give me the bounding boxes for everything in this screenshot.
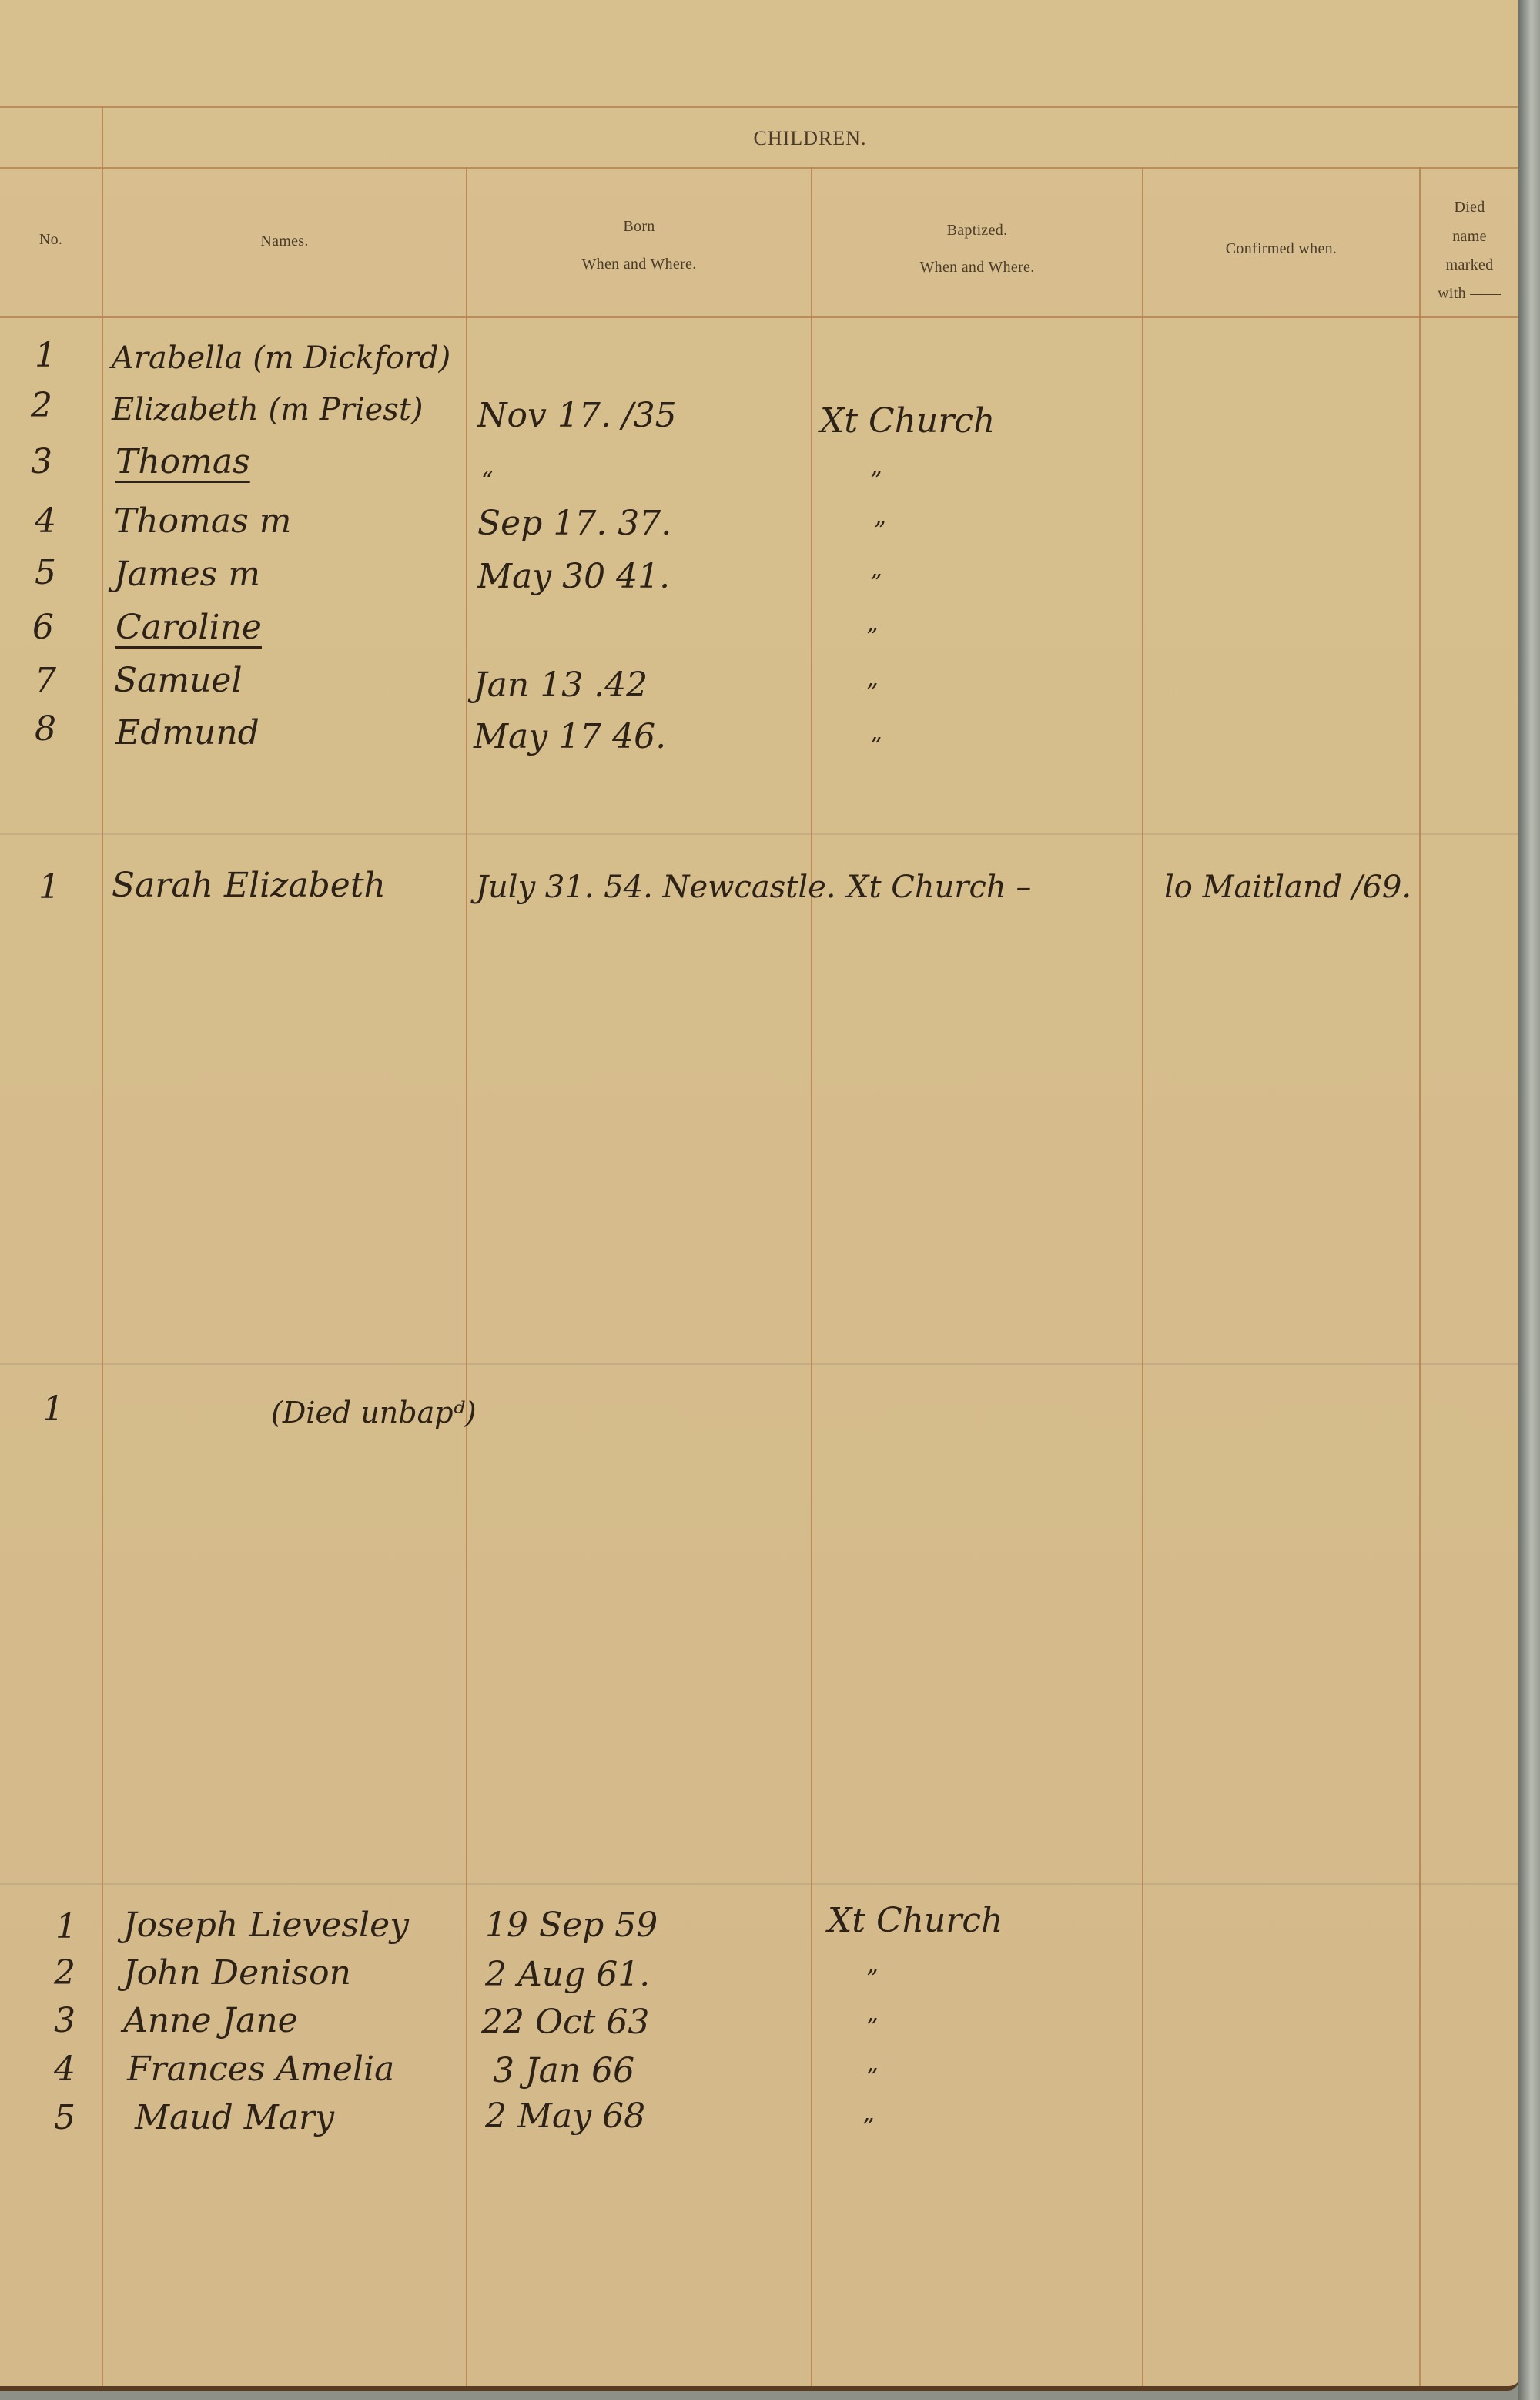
- header-title-rule: [0, 167, 1518, 169]
- column-divider-born: [811, 167, 812, 2386]
- entry-born: “: [481, 470, 493, 493]
- entry-born: May 30 41.: [477, 560, 670, 594]
- entry-baptized: ”: [866, 682, 878, 705]
- entry-born: Sep 17. 37.: [477, 507, 671, 541]
- entry-number: 1: [42, 1393, 64, 1426]
- group-separator-3: [0, 1883, 1518, 1885]
- entry-number: 3: [54, 2004, 75, 2038]
- entry-born: 3 Jan 66: [493, 2054, 634, 2088]
- entry-baptized: ”: [874, 520, 885, 543]
- entry-number: 8: [35, 712, 56, 746]
- section-title: CHILDREN.: [102, 127, 1518, 150]
- group-separator-1: [0, 833, 1518, 835]
- entry-number: 4: [54, 2053, 75, 2087]
- column-header-confirmed: Confirmed when.: [1143, 240, 1419, 258]
- entry-name: Frances Amelia: [127, 2053, 394, 2087]
- entry-baptized: ”: [866, 1968, 878, 1991]
- entry-name: Thomas: [115, 445, 250, 479]
- entry-name: Arabella (m Dickford): [112, 343, 450, 374]
- entry-name: Anne Jane: [123, 2004, 298, 2038]
- entry-number: 5: [54, 2101, 75, 2135]
- entry-baptized: ”: [870, 572, 882, 595]
- entry-born: July 31. 54. Newcastle.: [476, 872, 836, 903]
- entry-baptized: ”: [870, 470, 882, 493]
- entry-name: Samuel: [114, 664, 243, 698]
- entry-baptized: ”: [866, 2016, 878, 2040]
- entry-number: 1: [35, 339, 56, 373]
- entry-number: 4: [35, 504, 56, 538]
- entry-name: Caroline: [115, 611, 262, 645]
- entry-name: (Died unbapᵈ): [271, 1398, 477, 1427]
- entry-name: John Denison: [123, 1956, 351, 1990]
- register-page: CHILDREN. No. Names. Born When and Where…: [0, 0, 1518, 2391]
- entry-born: Nov 17. /35: [477, 399, 677, 433]
- entry-baptized: Xt Church –: [847, 872, 1031, 903]
- entry-born: May 17 46.: [474, 720, 666, 754]
- entry-name: Sarah Elizabeth: [112, 869, 386, 903]
- entry-baptized: Xt Church: [820, 404, 995, 438]
- entry-name: James m: [114, 558, 260, 592]
- entry-baptized: ”: [870, 736, 882, 759]
- entry-born: 22 Oct 63: [481, 2006, 649, 2040]
- entry-name: Thomas m: [114, 504, 291, 538]
- entry-born: 2 May 68: [485, 2100, 645, 2134]
- entry-name: Joseph Lievesley: [123, 1909, 409, 1942]
- entry-number: 7: [35, 664, 56, 698]
- entry-baptized: Xt Church: [828, 1904, 1003, 1938]
- entry-name: Elizabeth (m Priest): [112, 394, 423, 425]
- entry-baptized: ”: [866, 626, 878, 649]
- entry-confirmed: lo Maitland /69.: [1164, 872, 1411, 903]
- entry-number: 2: [31, 389, 52, 423]
- entry-born: Jan 13 .42: [474, 669, 648, 702]
- entry-name: Maud Mary: [135, 2101, 334, 2135]
- entry-baptized: ”: [866, 2066, 878, 2090]
- header-bottom-rule: [0, 316, 1518, 318]
- column-divider-names: [466, 167, 467, 2386]
- entry-born: 2 Aug 61.: [485, 1958, 650, 1992]
- entry-number: 2: [54, 1956, 75, 1990]
- entry-number: 1: [38, 870, 60, 904]
- group-separator-2: [0, 1363, 1518, 1365]
- entry-number: 5: [35, 556, 56, 590]
- entry-baptized: ”: [862, 2117, 874, 2140]
- entry-number: 6: [32, 611, 54, 645]
- entry-name: Edmund: [115, 716, 259, 750]
- top-rule: [0, 106, 1518, 108]
- entry-born: 19 Sep 59: [485, 1909, 658, 1942]
- column-header-names: Names.: [103, 233, 466, 250]
- entry-number: 3: [31, 445, 52, 479]
- column-divider-baptized: [1142, 167, 1143, 2386]
- entry-number: 1: [55, 1910, 77, 1944]
- column-divider-no: [102, 106, 103, 2386]
- column-header-no: No.: [0, 231, 102, 249]
- book-binding-edge: [1518, 0, 1540, 2400]
- column-divider-confirmed: [1419, 167, 1421, 2386]
